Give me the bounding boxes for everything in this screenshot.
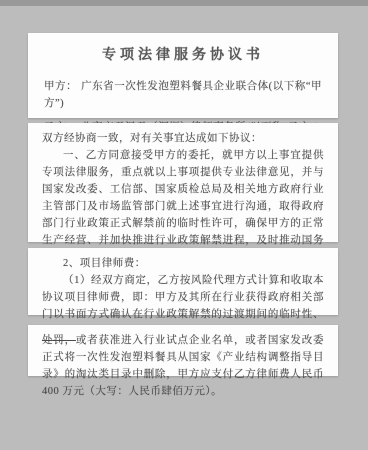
payment-normal-text: 或者获准进入行业试点企业名单，或者国家发改委正式将一次性发泡塑料餐具从国家《产业… bbox=[42, 335, 324, 397]
party-a-line: 甲方：广东省一次性发泡塑料餐具企业联合体(以下称“甲方”) bbox=[44, 78, 322, 112]
payment-paragraph: 处罚，或者获准进入行业试点企业名单，或者国家发改委正式将一次性发泡塑料餐具从国家… bbox=[42, 332, 324, 400]
photo-background: 专项法律服务协议书 甲方：广东省一次性发泡塑料餐具企业联合体(以下称“甲方”) … bbox=[0, 0, 368, 450]
top-dark-bar bbox=[0, 0, 368, 6]
document-strip-fee-clause: 2、项目律师费： （1）经双方商定，乙方按风险代理方式计算和收取本协议项目律师费… bbox=[28, 248, 338, 315]
document-strip-clause-one: 双方经协商一致，对有关事宜达成如下协议： 一、乙方同意接受甲方的委托，就甲方以上… bbox=[28, 123, 338, 242]
party-a-text: 广东省一次性发泡塑料餐具企业联合体(以下称“甲方”) bbox=[44, 81, 322, 109]
document-strip-header: 专项法律服务协议书 甲方：广东省一次性发泡塑料餐具企业联合体(以下称“甲方”) … bbox=[28, 33, 338, 118]
document-strip-payment: 处罚，或者获准进入行业试点企业名单，或者国家发改委正式将一次性发泡塑料餐具从国家… bbox=[28, 325, 338, 376]
agreement-intro-line: 双方经协商一致，对有关事宜达成如下协议： bbox=[42, 130, 324, 147]
fee-heading: 2、项目律师费： bbox=[42, 255, 324, 272]
party-a-label: 甲方： bbox=[44, 81, 77, 92]
payment-struck-text: 处罚， bbox=[42, 335, 76, 346]
document-title: 专项法律服务协议书 bbox=[44, 47, 322, 64]
